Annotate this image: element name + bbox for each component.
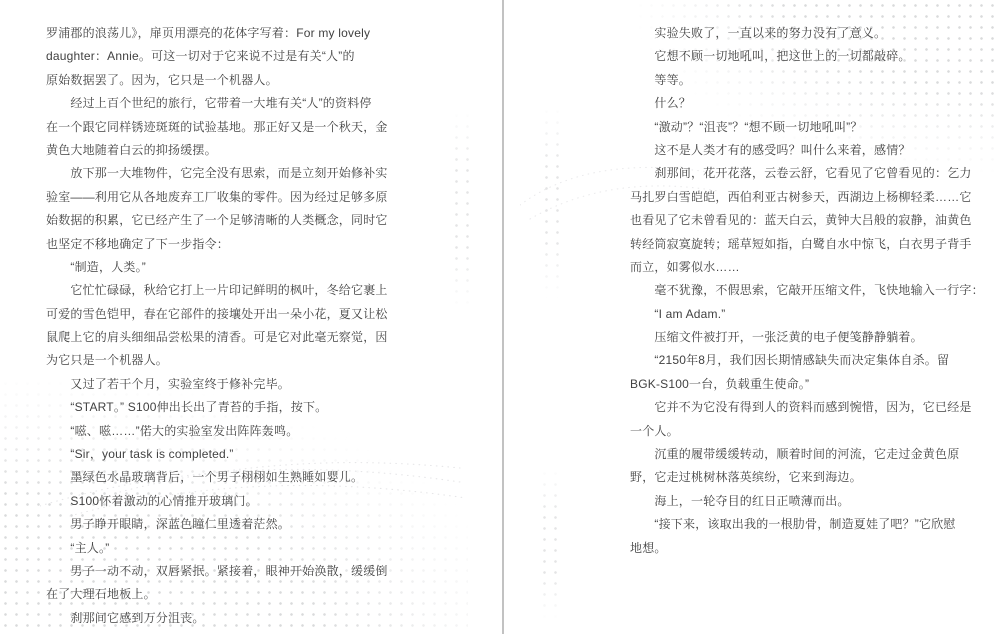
book-spread: 罗浦郡的浪荡儿》，扉页用漂亮的花体字写着：For my lovelydaught… — [0, 0, 1000, 634]
text-line: 刹那间它感到万分沮丧。 — [46, 607, 391, 630]
text-line: 而立，如雾似水…… — [630, 256, 970, 279]
text-line: 原始数据罢了。因为，它只是一个机器人。 — [46, 69, 391, 92]
text-line: S100怀着激动的心情推开玻璃门。 — [46, 490, 391, 513]
text-line: “2150年8月，我们因长期情感缺失而决定集体自杀。留 — [630, 349, 970, 372]
text-line: 男子一动不动，双唇紧抿。紧接着，眼神开始涣散，缓缓倒 — [46, 560, 391, 583]
text-line: “激动”？“沮丧”？“想不顾一切地吼叫”？ — [630, 116, 970, 139]
text-line: 毫不犹豫，不假思索，它敲开压缩文件，飞快地输入一行字： — [630, 279, 970, 302]
halftone-dots-left-gutter — [451, 110, 475, 310]
text-line: daughter：Annie。可这一切对于它来说不过是有关“人”的 — [46, 45, 391, 68]
text-line: “Sir，your task is completed.” — [46, 443, 391, 466]
text-line: 也看见了它未曾看见的：蓝天白云，黄钟大吕般的寂静，油黄色 — [630, 209, 970, 232]
text-line: “I am Adam.” — [630, 303, 970, 326]
text-line: 始数据的积累，它已经产生了一个足够清晰的人类概念，同时它 — [46, 209, 391, 232]
halftone-dots-right-gutter-top — [541, 106, 565, 298]
text-line: 罗浦郡的浪荡儿》，扉页用漂亮的花体字写着：For my lovely — [46, 22, 391, 45]
text-line: 实验失败了，一直以来的努力没有了意义。 — [630, 22, 970, 45]
text-line: 这不是人类才有的感受吗？叫什么来着，感情？ — [630, 139, 970, 162]
text-line: 野，它走过桃树林落英缤纷，它来到海边。 — [630, 466, 970, 489]
text-line: 鼠爬上它的肩头细细品尝松果的清香。可是它对此毫无察觉，因 — [46, 326, 391, 349]
text-line: 一个人。 — [630, 420, 970, 443]
halftone-dots-right-gutter-bottom — [539, 468, 563, 620]
text-line: 黄色大地随着白云的抑扬缓摆。 — [46, 139, 391, 162]
text-line: 也坚定不移地确定了下一步指令： — [46, 233, 391, 256]
text-line: 墨绿色水晶玻璃背后，一个男子栩栩如生熟睡如婴儿。 — [46, 466, 391, 489]
text-line: 它并不为它没有得到人的资料而感到惋惜，因为，它已经是 — [630, 396, 970, 419]
text-line: BGK-S100一台，负载重生使命。” — [630, 373, 970, 396]
right-page-text: 实验失败了，一直以来的努力没有了意义。 它想不顾一切地吼叫，把这世上的一切都敲碎… — [630, 22, 970, 560]
text-line: 它想不顾一切地吼叫，把这世上的一切都敲碎。 — [630, 45, 970, 68]
text-line: 转经筒寂寞旋转；瑶草短如指，白鹭自水中惊飞，白衣男子背手 — [630, 233, 970, 256]
page-divider — [502, 0, 504, 634]
text-line: “制造，人类。” — [46, 256, 391, 279]
text-line: 验室——利用它从各地废弃工厂收集的零件。因为经过足够多原 — [46, 186, 391, 209]
text-line: 为它只是一个机器人。 — [46, 349, 391, 372]
text-line: 刹那间，花开花落，云卷云舒，它看见了它曾看见的：乞力 — [630, 162, 970, 185]
text-line: 可爱的雪色铠甲，春在它部件的接壤处开出一朵小花，夏又让松 — [46, 303, 391, 326]
text-line: 男子睁开眼睛，深蓝色瞳仁里透着茫然。 — [46, 513, 391, 536]
text-line: 沉重的履带缓缓转动，顺着时间的河流，它走过金黄色原 — [630, 443, 970, 466]
text-line: 放下那一大堆物件，它完全没有思索，而是立刻开始修补实 — [46, 162, 391, 185]
text-line: “嗞、嗞……”偌大的实验室发出阵阵轰鸣。 — [46, 420, 391, 443]
text-line: “START。” S100伸出长出了青苔的手指，按下。 — [46, 396, 391, 419]
left-page-text: 罗浦郡的浪荡儿》，扉页用漂亮的花体字写着：For my lovelydaught… — [46, 22, 391, 630]
text-line: 压缩文件被打开，一张泛黄的电子便笺静静躺着。 — [630, 326, 970, 349]
text-line: 在了大理石地板上。 — [46, 583, 391, 606]
text-line: 地想。 — [630, 537, 970, 560]
text-line: 它忙忙碌碌，秋给它打上一片印记鲜明的枫叶，冬给它裹上 — [46, 279, 391, 302]
text-line: 什么？ — [630, 92, 970, 115]
text-line: “主人。” — [46, 537, 391, 560]
text-line: “接下来，该取出我的一根肋骨，制造夏娃了吧？”它欣慰 — [630, 513, 970, 536]
text-line: 在一个跟它同样锈迹斑斑的试验基地。那正好又是一个秋天，金 — [46, 116, 391, 139]
text-line: 等等。 — [630, 69, 970, 92]
text-line: 又过了若干个月，实验室终于修补完毕。 — [46, 373, 391, 396]
text-line: 经过上百个世纪的旅行，它带着一大堆有关“人”的资料停 — [46, 92, 391, 115]
text-line: 海上，一轮夺目的红日正喷薄而出。 — [630, 490, 970, 513]
text-line: 马扎罗白雪皑皑，西伯利亚古树参天，西湖边上杨柳轻柔……它 — [630, 186, 970, 209]
